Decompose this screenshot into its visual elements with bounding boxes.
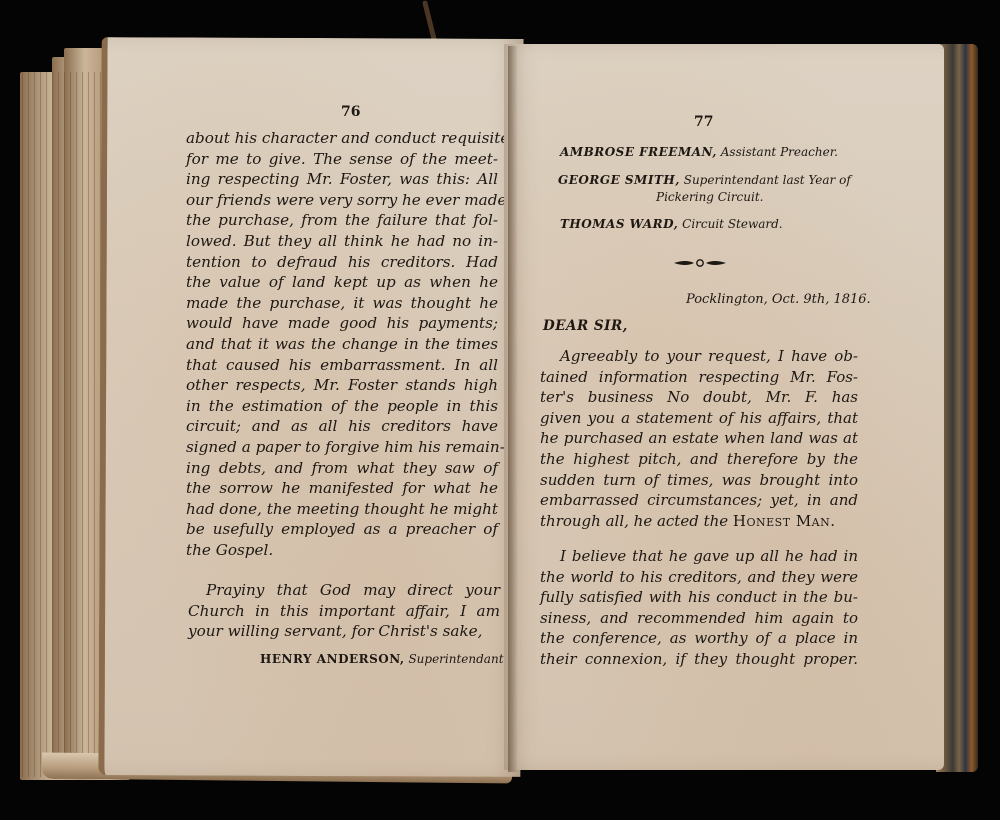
- honest-man-smallcaps: Honest Man.: [733, 512, 836, 530]
- text-line: their connexion, if they thought proper.: [540, 649, 858, 670]
- signatory-george-smith-role-cont: Pickering Circuit.: [656, 190, 763, 204]
- text-line: your willing servant, for Christ's sake,: [188, 621, 500, 642]
- text-line: embarrassed circumstances; yet, in and: [540, 490, 858, 511]
- text-line: I believe that he gave up all he had in: [540, 546, 858, 567]
- text-line: ing debts, and from what they saw of: [186, 458, 498, 479]
- place-date-line: Pocklington, Oct. 9th, 1816.: [686, 292, 871, 307]
- text-line: be usefully employed as a preacher of: [186, 519, 498, 540]
- text-line: the sorrow he manifested for what he: [186, 478, 498, 499]
- signatory-george-smith: GEORGE SMITH, Superintendant last Year o…: [558, 173, 851, 187]
- signatory-role: Superintendant.: [408, 652, 507, 666]
- text-line: sudden turn of times, was brought into: [540, 470, 858, 491]
- text-line: and that it was the change in the times: [186, 334, 498, 355]
- text-line: ing respecting Mr. Foster, was this: All: [186, 169, 498, 190]
- signatory-name: HENRY ANDERSON,: [260, 652, 405, 666]
- text-line: would have made good his payments;: [186, 313, 498, 334]
- open-book: 76 about his character and conduct requi…: [0, 0, 1000, 820]
- salutation: DEAR SIR,: [543, 318, 628, 334]
- text-line: our friends were very sorry he ever made: [186, 190, 498, 211]
- text-line: the highest pitch, and therefore by the: [540, 449, 858, 470]
- signatory-name: AMBROSE FREEMAN,: [560, 145, 717, 159]
- text-line: Prayiny that God may direct your: [188, 580, 500, 601]
- left-paragraph-1: about his character and conduct requisit…: [186, 128, 498, 560]
- gutter-shadow: [508, 46, 518, 772]
- left-paragraph-2: Prayiny that God may direct your Church …: [188, 580, 500, 642]
- text-line: signed a paper to forgive him his remain…: [186, 437, 498, 458]
- text-line: about his character and conduct requisit…: [186, 128, 498, 149]
- text-line: made the purchase, it was thought he: [186, 293, 498, 314]
- text-line: lowed. But they all think he had no in-: [186, 231, 498, 252]
- ornament-divider-icon: [672, 258, 728, 268]
- text-line: tained information respecting Mr. Fos-: [540, 367, 858, 388]
- signatory-role: Superintendant last Year of: [684, 173, 851, 187]
- text-line: fully satisfied with his conduct in the …: [540, 587, 858, 608]
- text-line: Agreeably to your request, I have ob-: [540, 346, 858, 367]
- text-line: that caused his embarrassment. In all: [186, 355, 498, 376]
- text-line: tention to defraud his creditors. Had: [186, 252, 498, 273]
- text-line: he purchased an estate when land was at: [540, 428, 858, 449]
- text-line: other respects, Mr. Foster stands high: [186, 375, 498, 396]
- signatory-thomas-ward: THOMAS WARD, Circuit Steward.: [560, 217, 783, 231]
- page-number-left: 76: [341, 104, 360, 120]
- text-line: siness, and recommended him again to: [540, 608, 858, 629]
- text-line: the conference, as worthy of a place in: [540, 628, 858, 649]
- text-line: in the estimation of the people in this: [186, 396, 498, 417]
- signature-henry-anderson: HENRY ANDERSON, Superintendant.: [260, 652, 507, 666]
- text-line: circuit; and as all his creditors have: [186, 416, 498, 437]
- signatory-name: THOMAS WARD,: [560, 217, 678, 231]
- text-line: had done, the meeting thought he might: [186, 499, 498, 520]
- text-line: Church in this important affair, I am: [188, 601, 500, 622]
- text-line: the purchase, from the failure that fol-: [186, 210, 498, 231]
- text-line: through all, he acted the Honest Man.: [540, 511, 858, 532]
- signatory-role: Circuit Steward.: [682, 217, 782, 231]
- text-line: the Gospel.: [186, 540, 498, 561]
- text-line: given you a statement of his affairs, th…: [540, 408, 858, 429]
- text-line: ter's business No doubt, Mr. F. has: [540, 387, 858, 408]
- signatory-ambrose-freeman: AMBROSE FREEMAN, Assistant Preacher.: [560, 145, 838, 159]
- text-line: the world to his creditors, and they wer…: [540, 567, 858, 588]
- right-paragraph-1: Agreeably to your request, I have ob- ta…: [540, 346, 858, 531]
- right-paragraph-2: I believe that he gave up all he had in …: [540, 546, 858, 670]
- signatory-name: GEORGE SMITH,: [558, 173, 680, 187]
- page-number-right: 77: [694, 114, 713, 130]
- signatory-role: Assistant Preacher.: [721, 145, 838, 159]
- text-line: for me to give. The sense of the meet-: [186, 149, 498, 170]
- text-line: the value of land kept up as when he: [186, 272, 498, 293]
